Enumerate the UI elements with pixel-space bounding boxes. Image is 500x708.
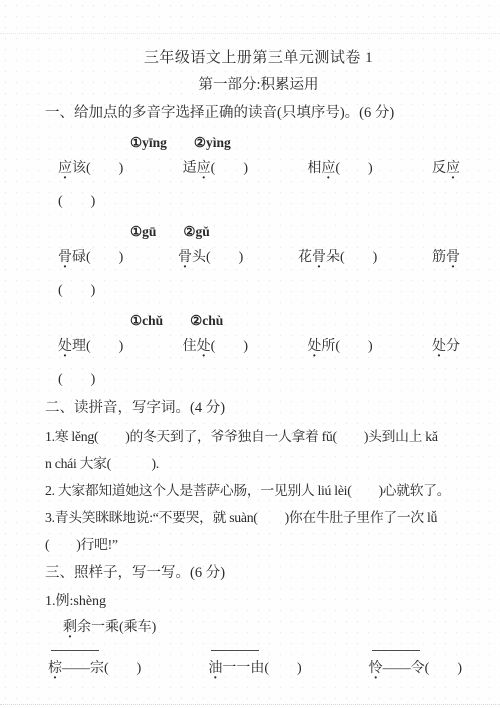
word-item: 相应( ): [307, 159, 372, 179]
pinyin-options: ①chǔ ②chù: [130, 311, 472, 331]
word-item: 反应: [432, 159, 460, 179]
question-line: ( )行吧!”: [45, 535, 472, 555]
answer-bracket: ( ): [86, 250, 123, 265]
pinyin-options: ①yīng ②yìng: [130, 133, 472, 153]
word-item: 应该( ): [58, 159, 123, 179]
answer-bracket: ( ): [340, 250, 377, 265]
dotted-char: 处: [197, 337, 211, 357]
pairs-row: 棕——宗( ) 油一一由( ) 怜——令( ): [48, 650, 472, 679]
page-title: 三年级语文上册第三单元测试卷 1: [45, 48, 472, 68]
dotted-char: 处: [58, 337, 72, 357]
answer-bracket: ( ): [335, 161, 372, 176]
word-item: 处理( ): [58, 337, 123, 357]
answer-bracket: ( ): [86, 161, 123, 176]
blank-line: [51, 650, 99, 651]
word-item: 住处( ): [183, 337, 248, 357]
word-item: 花骨朵( ): [298, 248, 377, 268]
answer-bracket: ( ): [211, 161, 248, 176]
dotted-char: 棕: [48, 659, 62, 679]
question-line: 1.寒 lěng( )的冬天到了，爷爷独自一人拿着 fǔ( )头到山上 kǎ: [45, 427, 472, 447]
question-line: 2. 大家都知道她这个人是菩萨心肠，一见别人 liú lèi( )心就软了。: [45, 481, 472, 501]
page-content: 三年级语文上册第三单元测试卷 1 第一部分:积累运用 一、给加点的多音字选择正确…: [0, 0, 500, 679]
section1-heading: 一、给加点的多音字选择正确的读音(只填序号)。(6 分): [45, 103, 472, 123]
dotted-char: 骨: [58, 248, 72, 268]
question-line: n chái 大家( ).: [45, 454, 472, 474]
pair-item: 棕——宗( ): [48, 650, 141, 679]
dotted-char: 应: [197, 159, 211, 179]
test-paper-page: 三年级语文上册第三单元测试卷 1 第一部分:积累运用 一、给加点的多音字选择正确…: [0, 0, 500, 708]
word-item: 骨碌( ): [58, 248, 123, 268]
part-heading: 第一部分:积累运用: [45, 75, 472, 95]
dotted-char: 剩: [63, 618, 77, 638]
wrap-answer-bracket: ( ): [58, 281, 472, 301]
answer-bracket: ( ): [86, 339, 123, 354]
dotted-char: 油: [208, 659, 222, 679]
pair-item: 油一一由( ): [208, 650, 301, 679]
answer-bracket: ( ): [211, 339, 248, 354]
words-row: 骨碌( ) 骨头( ) 花骨朵( ) 筋骨: [58, 248, 472, 268]
dotted-char: 骨: [312, 248, 326, 268]
blank-line: [372, 650, 420, 651]
word-item: 筋骨: [432, 248, 460, 268]
dotted-char: 骨: [446, 248, 460, 268]
example-label: 1.例:shèng: [45, 592, 472, 612]
wrap-answer-bracket: ( ): [58, 370, 472, 390]
dotted-char: 怜: [369, 659, 383, 679]
section2-heading: 二、读拼音，写字词。(4 分): [45, 398, 472, 418]
pinyin-options: ①gū ②gǔ: [130, 222, 472, 242]
word-item: 处分: [432, 337, 460, 357]
word-item: 处所( ): [307, 337, 372, 357]
question-line: 3.青头笑眯眯地说:“不要哭，就 suàn( )你在牛肚子里作了一次 lǚ: [45, 508, 472, 528]
wrap-answer-bracket: ( ): [58, 192, 472, 212]
dotted-char: 处: [432, 337, 446, 357]
pair-item: 怜——令( ): [369, 650, 462, 679]
word-item: 适应( ): [183, 159, 248, 179]
example-text: 剩余一乘(乘车): [63, 618, 472, 638]
blank-line: [211, 650, 259, 651]
dotted-char: 应: [58, 159, 72, 179]
dotted-char: 应: [321, 159, 335, 179]
dotted-char: 应: [446, 159, 460, 179]
dotted-char: 处: [307, 337, 321, 357]
word-item: 骨头( ): [178, 248, 243, 268]
answer-bracket: ( ): [335, 339, 372, 354]
section3-heading: 三、照样子，写一写。(6 分): [45, 563, 472, 583]
words-row: 应该( ) 适应( ) 相应( ) 反应: [58, 159, 472, 179]
dotted-char: 骨: [178, 248, 192, 268]
answer-bracket: ( ): [206, 250, 243, 265]
words-row: 处理( ) 住处( ) 处所( ) 处分: [58, 337, 472, 357]
